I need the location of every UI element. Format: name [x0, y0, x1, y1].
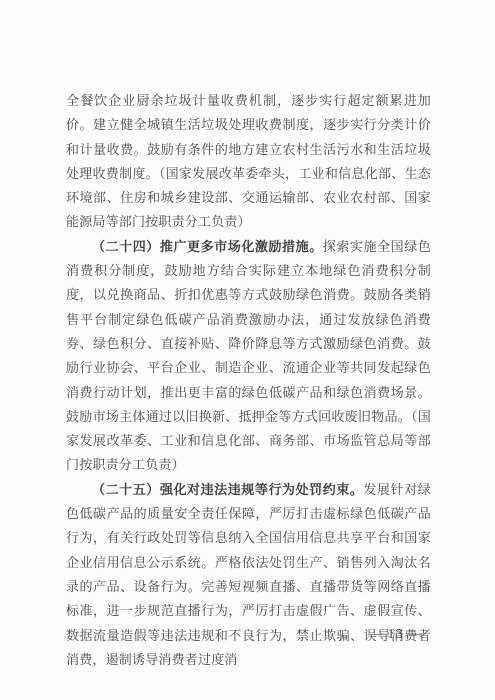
clause-heading: （二十四）推广更多市场化激励措施。 [92, 239, 323, 254]
document-body: 全餐饮企业厨余垃圾计量收费机制，逐步实行超定额累进加价。建立健全城镇生活垃圾处理… [66, 89, 431, 672]
page-number: — 13 — [368, 626, 424, 642]
body-text: 探索实施全国绿色消费积分制度，鼓励地方结合实际建立本地绿色消费积分制度，以兑换商… [66, 239, 431, 473]
paragraph: （二十五）强化对违法违规等行为处罚约束。发展针对绿色低碳产品的质量安全责任保障，… [66, 478, 431, 672]
clause-heading: （二十五）强化对违法违规等行为处罚约束。 [92, 482, 363, 497]
document-page: 全餐饮企业厨余垃圾计量收费机制，逐步实行超定额累进加价。建立健全城镇生活垃圾处理… [0, 0, 495, 700]
body-text: 全餐饮企业厨余垃圾计量收费机制，逐步实行超定额累进加价。建立健全城镇生活垃圾处理… [66, 93, 431, 229]
paragraph: 全餐饮企业厨余垃圾计量收费机制，逐步实行超定额累进加价。建立健全城镇生活垃圾处理… [66, 89, 431, 235]
paragraph: （二十四）推广更多市场化激励措施。探索实施全国绿色消费积分制度，鼓励地方结合实际… [66, 235, 431, 478]
